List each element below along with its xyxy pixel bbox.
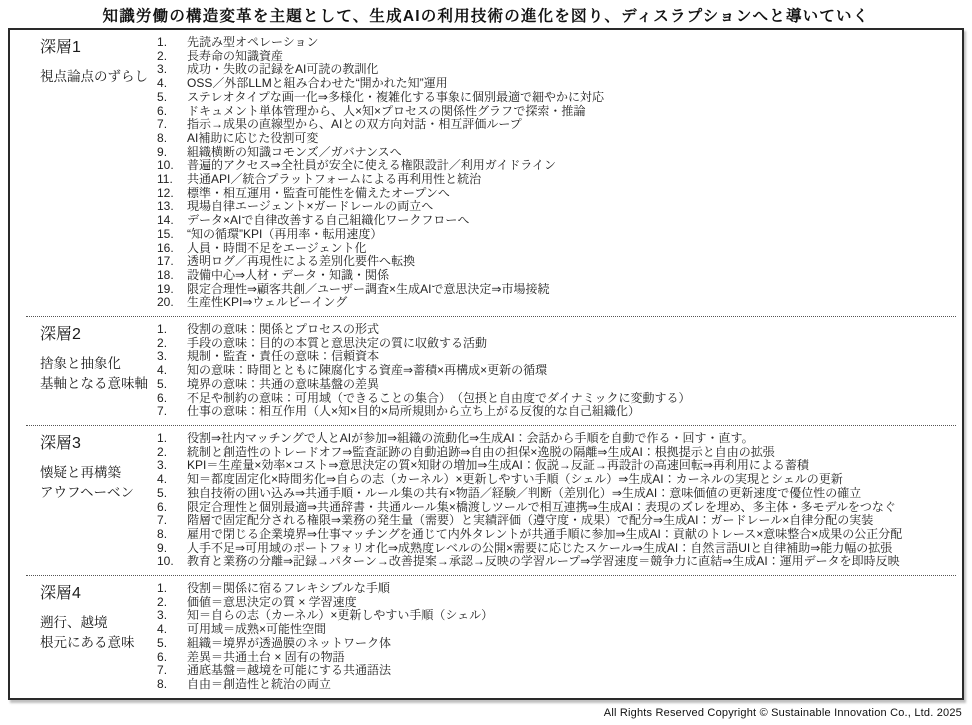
list-item: 先読み型オペレーション — [157, 36, 954, 50]
item-list: 役割の意味：関係とプロセスの形式手段の意味：目的の本質と意思決定の質に収斂する活… — [157, 323, 954, 419]
section-id: 深層2 — [40, 325, 157, 344]
list-item: 独自技術の囲い込み⇒共通手順・ルール集の共有×物語／経験／判断（差別化）⇒生成A… — [157, 487, 954, 501]
list-item: 設備中心⇒人材・データ・知識・関係 — [157, 269, 954, 283]
page-title: 知識労働の構造変革を主題として、生成AIの利用技術の進化を図り、ディスラプション… — [0, 0, 972, 28]
section-id: 深層4 — [40, 584, 157, 603]
list-item: ステレオタイプな画一化⇒多様化・複雑化する事象に個別最適で細やかに対応 — [157, 91, 954, 105]
list-item: 自由＝創造性と統治の両立 — [157, 678, 954, 692]
list-item: 可用域＝成熟×可能性空間 — [157, 623, 954, 637]
list-item: 役割の意味：関係とプロセスの形式 — [157, 323, 954, 337]
item-list: 先読み型オペレーション長寿命の知識資産成功・失敗の記録をAI可読の教訓化OSS／… — [157, 36, 954, 310]
section-id: 深層1 — [40, 38, 157, 57]
list-item: 階層で固定配分される権限⇒業務の発生量（需要）と実績評価（遵守度・成果）で配分⇒… — [157, 514, 954, 528]
item-list: 役割⇒社内マッチングで人とAIが参加⇒組織の流動化⇒生成AI：会話から手順を自動… — [157, 432, 954, 569]
list-item: 仕事の意味：相互作用（人×知×目的×局所規則から立ち上がる反復的な自己組織化） — [157, 405, 954, 419]
list-item: 知の意味：時間とともに陳腐化する資産⇒蓄積×再構成×更新の循環 — [157, 364, 954, 378]
content-box: 深層1 視点論点のずらし 先読み型オペレーション長寿命の知識資産成功・失敗の記録… — [8, 28, 964, 700]
list-item: 知＝都度固定化×時間劣化⇒自らの志（カーネル）×更新しやすい手順（シェル）⇒生成… — [157, 473, 954, 487]
section-id: 深層3 — [40, 434, 157, 453]
section-header: 深層4 遡行、越境 根元にある意味 — [40, 582, 157, 652]
section-subtitle: 懐疑と再構築 アウフヘーベン — [40, 463, 157, 502]
section-header: 深層1 視点論点のずらし — [40, 36, 157, 87]
list-item: 役割⇒社内マッチングで人とAIが参加⇒組織の流動化⇒生成AI：会話から手順を自動… — [157, 432, 954, 446]
list-item: 教育と業務の分離⇒記録→パターン→改善提案→承認→反映の学習ループ⇒学習速度＝競… — [157, 555, 954, 569]
item-list: 役割＝関係に宿るフレキシブルな手順価値＝意思決定の質 × 学習速度知＝自らの志（… — [157, 582, 954, 692]
list-item: 通底基盤＝越境を可能にする共通語法 — [157, 664, 954, 678]
section-subtitle: 視点論点のずらし — [40, 67, 157, 87]
list-item: 指示→成果の直線型から、AIとの双方向対話・相互評価ループ — [157, 118, 954, 132]
section-subtitle: 遡行、越境 根元にある意味 — [40, 613, 157, 652]
section-shinso-1: 深層1 視点論点のずらし 先読み型オペレーション長寿命の知識資産成功・失敗の記録… — [10, 30, 962, 316]
section-shinso-3: 深層3 懐疑と再構築 アウフヘーベン 役割⇒社内マッチングで人とAIが参加⇒組織… — [10, 426, 962, 575]
section-header: 深層3 懐疑と再構築 アウフヘーベン — [40, 432, 157, 502]
list-item: 生産性KPI⇒ウェルビーイング — [157, 296, 954, 310]
list-item: 透明ログ／再現性による差別化要件へ転換 — [157, 255, 954, 269]
section-header: 深層2 捨象と抽象化 基軸となる意味軸 — [40, 323, 157, 393]
list-item: 組織＝境界が透過膜のネットワーク体 — [157, 637, 954, 651]
list-item: “知の循環”KPI（再用率・転用速度） — [157, 228, 954, 242]
list-item: 雇用で閉じる企業境界⇒仕事マッチングを通じて内外タレントが共通手順に参加⇒生成A… — [157, 528, 954, 542]
section-shinso-4: 深層4 遡行、越境 根元にある意味 役割＝関係に宿るフレキシブルな手順価値＝意思… — [10, 576, 962, 698]
list-item: 普遍的アクセス⇒全社員が安全に使える権限設計／利用ガイドライン — [157, 159, 954, 173]
section-subtitle: 捨象と抽象化 基軸となる意味軸 — [40, 354, 157, 393]
list-item: データ×AIで自律改善する自己組織化ワークフローへ — [157, 214, 954, 228]
section-shinso-2: 深層2 捨象と抽象化 基軸となる意味軸 役割の意味：関係とプロセスの形式手段の意… — [10, 317, 962, 425]
list-item: AI補助に応じた役割可変 — [157, 132, 954, 146]
list-item: 境界の意味：共通の意味基盤の差異 — [157, 378, 954, 392]
list-item: 役割＝関係に宿るフレキシブルな手順 — [157, 582, 954, 596]
footer-copyright: All Rights Reserved Copyright © Sustaina… — [0, 700, 972, 719]
list-item: 共通API／統合プラットフォームによる再利用性と統治 — [157, 173, 954, 187]
list-item: OSS／外部LLMと組み合わせた“開かれた知”運用 — [157, 77, 954, 91]
